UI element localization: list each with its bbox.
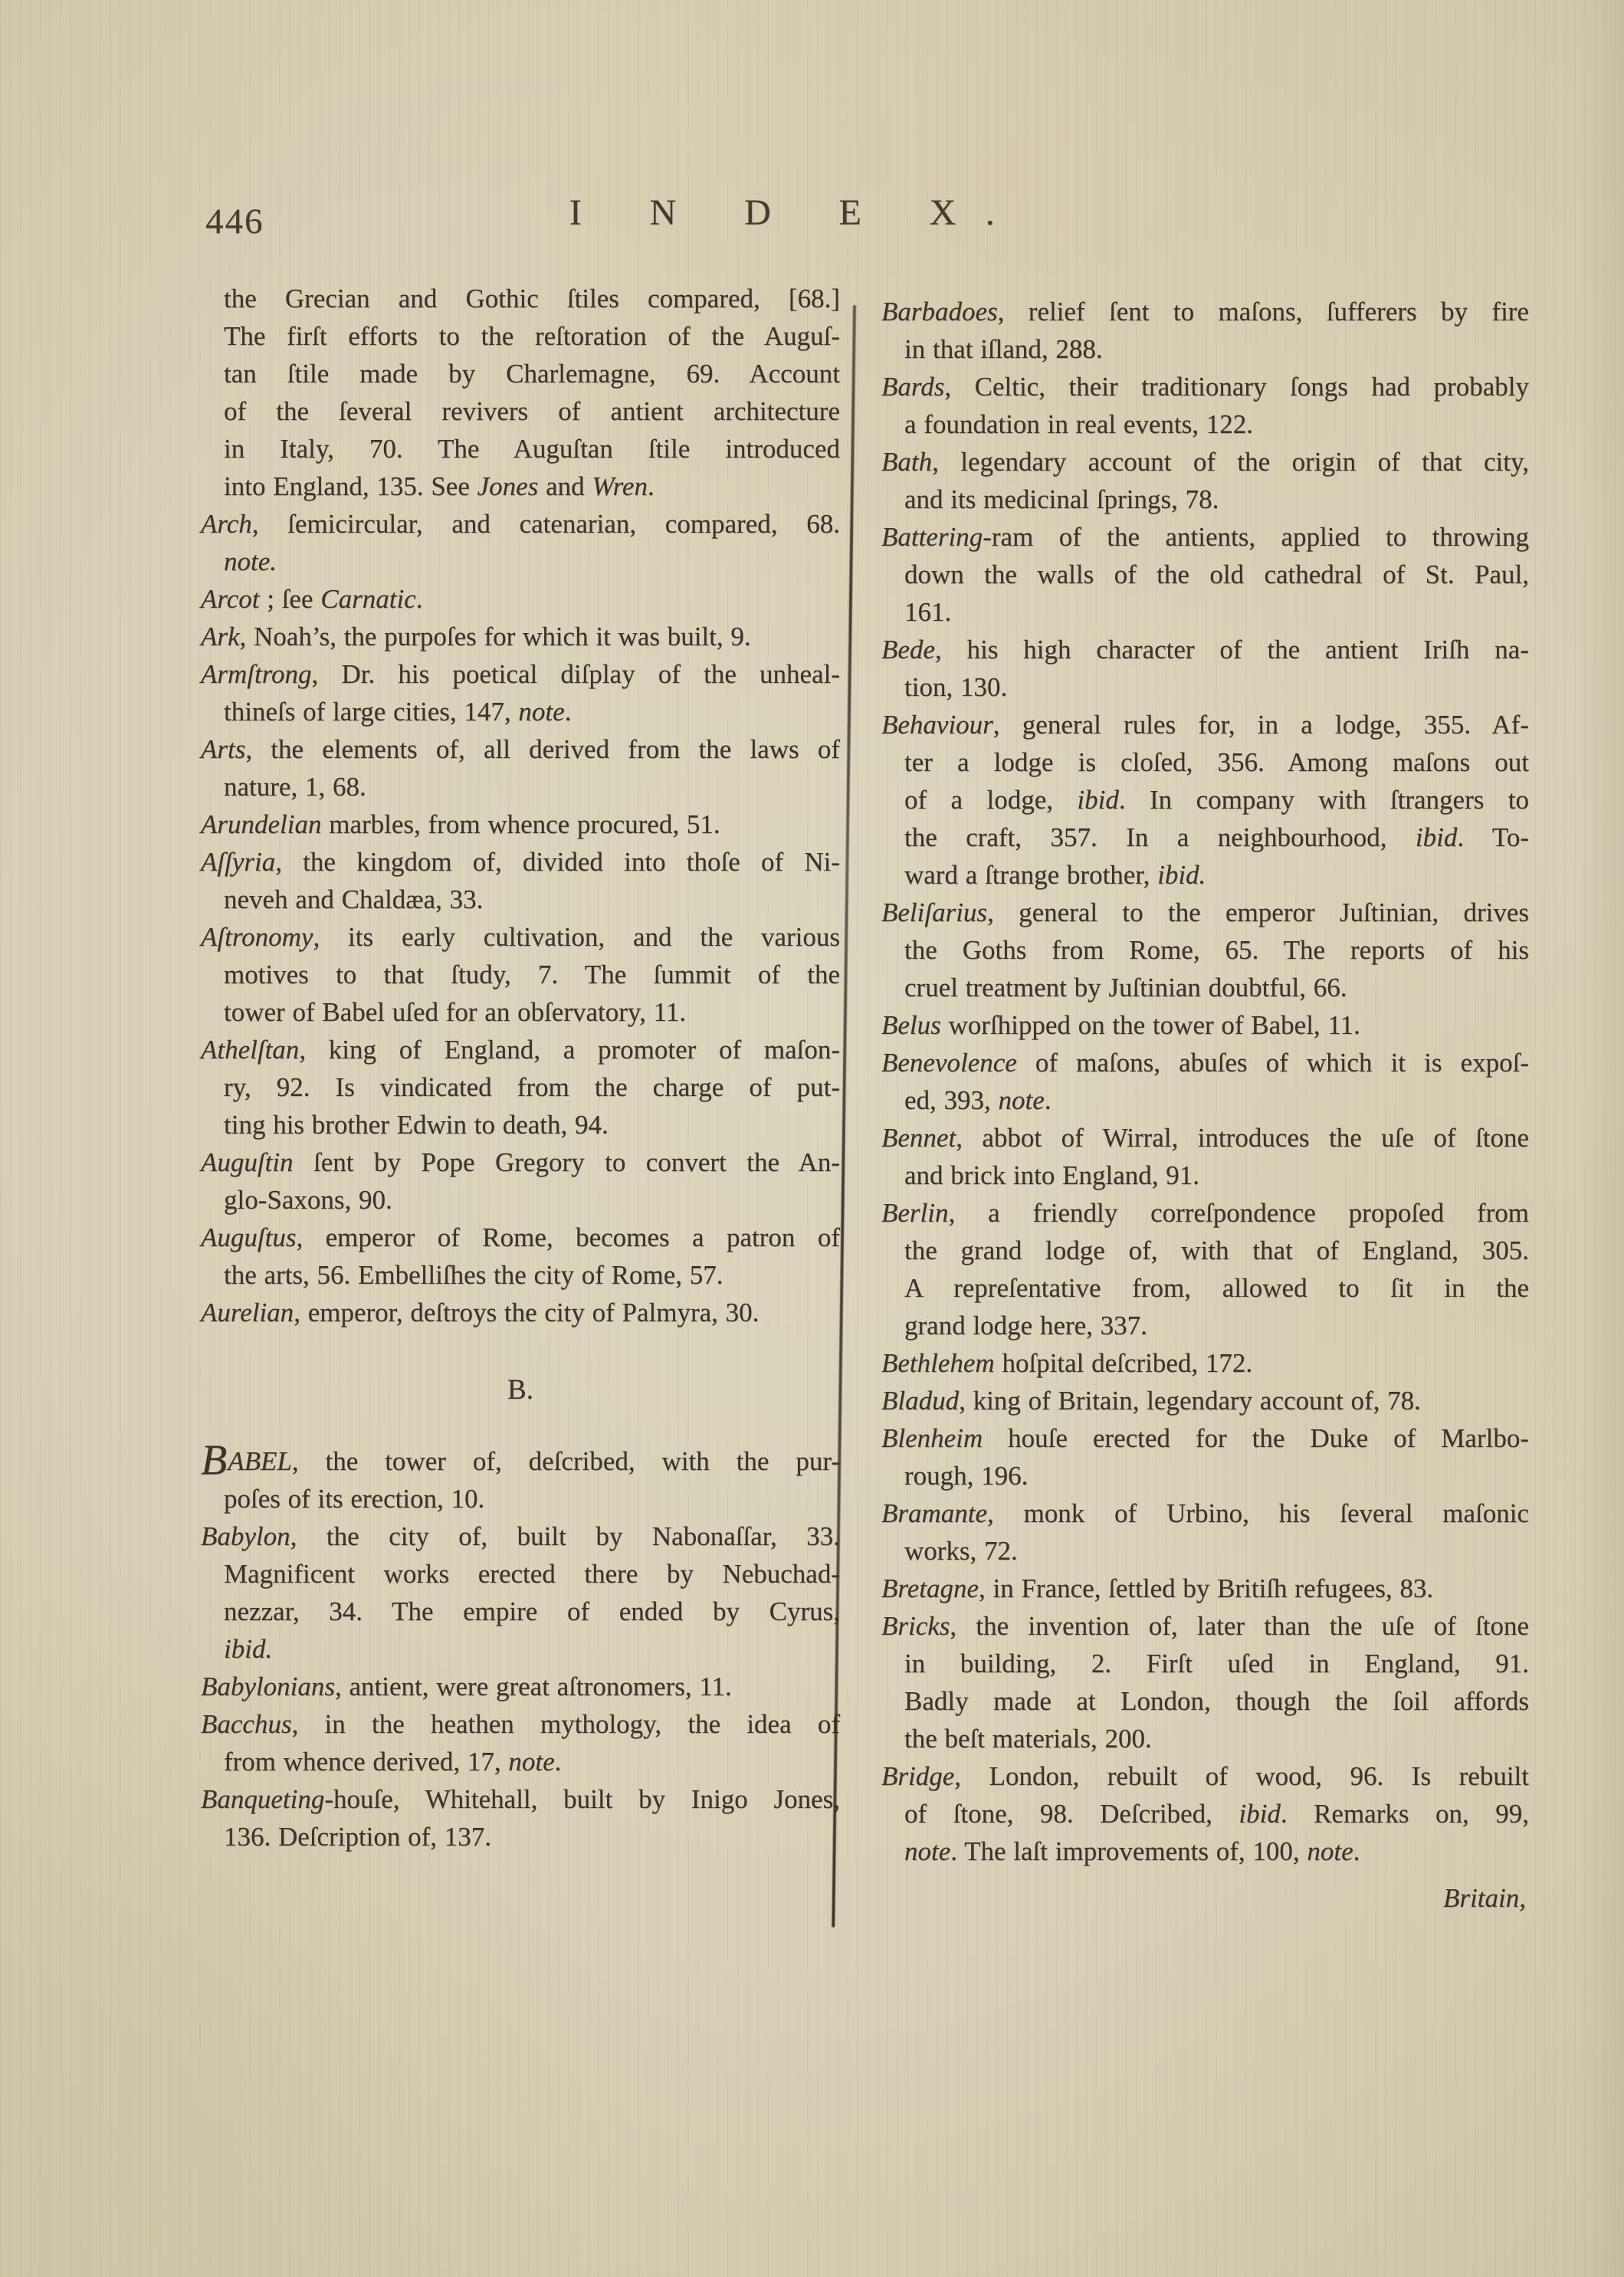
italic-text: ibid. xyxy=(1157,860,1206,890)
roman-text: , ſemicircular, and catenarian, compared… xyxy=(252,509,840,539)
italic-text: Bath xyxy=(881,447,932,477)
index-entry: Ark, Noah’s, the purpoſes for which it w… xyxy=(201,618,840,655)
entry-line: ting his brother Edwin to death, 94. xyxy=(201,1106,840,1143)
roman-text: , relief ſent to maſons, ſufferers by fi… xyxy=(998,297,1529,326)
italic-text: note xyxy=(518,697,564,727)
italic-text: Armſtrong xyxy=(201,659,312,689)
roman-text: , the city of, built by Nabonaſſar, 33. xyxy=(290,1521,840,1551)
italic-text: Belus xyxy=(881,1010,941,1040)
roman-text: . The laſt improvements of, 100, xyxy=(950,1836,1307,1866)
entry-line: Bridge, London, rebuilt of wood, 96. Is … xyxy=(881,1757,1529,1795)
italic-text: Barbadoes xyxy=(881,297,998,326)
italic-text: Blenheim xyxy=(881,1423,983,1453)
italic-text: Bricks xyxy=(881,1611,950,1641)
entry-line: rough, 196. xyxy=(881,1457,1529,1494)
index-entry: Belus worſhipped on the tower of Babel, … xyxy=(881,1006,1529,1044)
entry-line: Belus worſhipped on the tower of Babel, … xyxy=(881,1006,1529,1044)
italic-text: note. xyxy=(224,546,277,576)
entry-line: ward a ſtrange brother, ibid. xyxy=(881,856,1529,894)
roman-text: a foundation in real events, 122. xyxy=(904,409,1253,439)
entry-line: nature, 1, 68. xyxy=(201,768,840,805)
entry-line: Behaviour, general rules for, in a lodge… xyxy=(881,706,1529,743)
entry-line: Banqueting-houſe, Whitehall, built by In… xyxy=(201,1780,840,1818)
entry-line: the Grecian and Gothic ſtiles compared, … xyxy=(201,280,840,317)
index-entry: Berlin, a friendly correſpondence propoſ… xyxy=(881,1194,1529,1344)
roman-text: tan ſtile made by Charlemagne, 69. Accou… xyxy=(224,359,840,389)
roman-text: grand lodge here, 337. xyxy=(904,1311,1147,1340)
roman-text: , king of Britain, legendary account of,… xyxy=(959,1386,1421,1416)
italic-text: note xyxy=(1307,1836,1353,1866)
roman-text: , monk of Urbino, his ſeveral maſonic xyxy=(987,1498,1529,1528)
roman-text: . xyxy=(1353,1836,1360,1866)
roman-text: , the elements of, all derived from the … xyxy=(245,734,840,764)
index-entry: Babylonians, antient, were great aſtrono… xyxy=(201,1668,840,1705)
roman-text: , Noah’s, the purpoſes for which it was … xyxy=(240,622,751,651)
italic-text: note xyxy=(999,1085,1045,1115)
roman-text: ter a lodge is cloſed, 356. Among maſons… xyxy=(904,747,1529,777)
roman-text: . To- xyxy=(1457,822,1529,852)
index-entry: Bretagne, in France, ſettled by Britiſh … xyxy=(881,1570,1529,1607)
entry-line: motives to that ſtudy, 7. The ſummit of … xyxy=(201,956,840,993)
index-entry: Banqueting-houſe, Whitehall, built by In… xyxy=(201,1780,840,1855)
entry-line: Arch, ſemicircular, and catenarian, comp… xyxy=(201,505,840,543)
entry-line: tan ſtile made by Charlemagne, 69. Accou… xyxy=(201,355,840,392)
roman-text: in building, 2. Firſt uſed in England, 9… xyxy=(904,1649,1529,1678)
roman-text: , the invention of, later than the uſe o… xyxy=(950,1611,1529,1641)
roman-text: and brick into England, 91. xyxy=(904,1160,1199,1190)
italic-text: Behaviour xyxy=(881,710,993,740)
roman-text: down the walls of the old cathedral of S… xyxy=(904,559,1529,589)
roman-text: , emperor of Rome, becomes a patron of xyxy=(296,1222,840,1252)
entry-line: Bacchus, in the heathen mythology, the i… xyxy=(201,1705,840,1743)
index-entry: Bricks, the invention of, later than the… xyxy=(881,1607,1529,1757)
roman-text: . xyxy=(565,697,572,727)
italic-text: Aurelian xyxy=(201,1298,294,1327)
italic-text: Arcot xyxy=(201,584,259,614)
italic-text: Bridge xyxy=(881,1761,954,1791)
roman-text: nezzar, 34. The empire of ended by Cyrus… xyxy=(224,1596,840,1626)
roman-text: of ſtone, 98. Deſcribed, xyxy=(904,1799,1239,1829)
entry-line: and brick into England, 91. xyxy=(881,1157,1529,1194)
index-entry: Bridge, London, rebuilt of wood, 96. Is … xyxy=(881,1757,1529,1870)
roman-text: motives to that ſtudy, 7. The ſummit of … xyxy=(224,960,840,989)
index-entry-continued: the Grecian and Gothic ſtiles compared, … xyxy=(201,280,840,505)
roman-text: 161. xyxy=(904,597,951,627)
entry-line: Babylonians, antient, were great aſtrono… xyxy=(201,1668,840,1705)
entry-line: Bards, Celtic, their traditionary ſongs … xyxy=(881,368,1529,405)
italic-text: Arch xyxy=(201,509,252,539)
roman-text: B. xyxy=(507,1374,533,1406)
index-entry: Benevolence of maſons, abuſes of which i… xyxy=(881,1044,1529,1119)
roman-text: , king of England, a promoter of maſon- xyxy=(299,1035,840,1065)
entry-line: Arundelian marbles, from whence procured… xyxy=(201,805,840,843)
entry-line: of ſtone, 98. Deſcribed, ibid. Remarks o… xyxy=(881,1795,1529,1832)
entry-line: Armſtrong, Dr. his poetical diſplay of t… xyxy=(201,655,840,693)
roman-text: , legendary account of the origin of tha… xyxy=(932,447,1529,477)
entry-line: ed, 393, note. xyxy=(881,1081,1529,1119)
italic-text: Aſtronomy xyxy=(201,922,313,952)
roman-text: and its medicinal ſprings, 78. xyxy=(904,484,1219,514)
entry-line: in that iſland, 288. xyxy=(881,330,1529,368)
roman-text: hoſpital deſcribed, 172. xyxy=(995,1348,1252,1378)
roman-text: ward a ſtrange brother, xyxy=(904,860,1157,890)
roman-text: ry, 92. Is vindicated from the charge of… xyxy=(224,1072,840,1102)
roman-text: , the tower of, deſcribed, with the pur- xyxy=(292,1446,840,1476)
entry-line: Aſſyria, the kingdom of, divided into th… xyxy=(201,843,840,881)
entry-line: 161. xyxy=(881,593,1529,631)
roman-text: ting his brother Edwin to death, 94. xyxy=(224,1110,609,1140)
index-entry: Beliſarius, general to the emperor Juſti… xyxy=(881,894,1529,1006)
entry-line: a foundation in real events, 122. xyxy=(881,405,1529,443)
italic-text: ABEL xyxy=(228,1446,292,1476)
entry-line: Badly made at London, though the ſoil af… xyxy=(881,1682,1529,1720)
italic-text: Jones xyxy=(477,471,539,501)
roman-text: in Italy, 70. The Auguſtan ſtile introdu… xyxy=(224,434,840,464)
roman-text: and xyxy=(538,471,592,501)
drop-capital: B xyxy=(201,1437,228,1485)
italic-text: Beliſarius xyxy=(881,897,987,927)
roman-text: nature, 1, 68. xyxy=(224,772,366,802)
italic-text: Battering xyxy=(881,522,983,552)
index-entry: Arch, ſemicircular, and catenarian, comp… xyxy=(201,505,840,580)
roman-text: . xyxy=(555,1747,562,1777)
index-entry: Behaviour, general rules for, in a lodge… xyxy=(881,706,1529,894)
italic-text: Bennet xyxy=(881,1123,956,1153)
index-entry: Bethlehem hoſpital deſcribed, 172. xyxy=(881,1344,1529,1382)
roman-text: ſent by Pope Gregory to convert the An- xyxy=(294,1147,840,1177)
entry-line: ry, 92. Is vindicated from the charge of… xyxy=(201,1068,840,1106)
entry-line: Blenheim houſe erected for the Duke of M… xyxy=(881,1419,1529,1457)
index-entry: Arcot ; ſee Carnatic. xyxy=(201,580,840,618)
entry-line: ibid. xyxy=(201,1630,840,1668)
entry-line: Bretagne, in France, ſettled by Britiſh … xyxy=(881,1570,1529,1607)
entry-line: in building, 2. Firſt uſed in England, 9… xyxy=(881,1645,1529,1682)
italic-text: Bramante xyxy=(881,1498,987,1528)
roman-text: marbles, from whence procured, 51. xyxy=(321,809,720,839)
roman-text: . xyxy=(416,584,423,614)
roman-text: , general rules for, in a lodge, 355. Af… xyxy=(993,710,1529,740)
entry-line: Bath, legendary account of the origin of… xyxy=(881,443,1529,481)
roman-text: the beſt materials, 200. xyxy=(904,1724,1152,1754)
roman-text: tion, 130. xyxy=(904,672,1007,702)
index-entry: Battering-ram of the antients, applied t… xyxy=(881,518,1529,631)
index-entry: BABEL, the tower of, deſcribed, with the… xyxy=(201,1442,840,1517)
roman-text: glo-Saxons, 90. xyxy=(224,1185,392,1215)
roman-text: the arts, 56. Embelliſhes the city of Ro… xyxy=(224,1260,723,1290)
roman-text: ed, 393, xyxy=(904,1085,999,1115)
roman-text: into England, 135. See xyxy=(224,471,477,501)
index-entry: Athelſtan, king of England, a promoter o… xyxy=(201,1031,840,1143)
entry-line: of a lodge, ibid. In company with ſtrang… xyxy=(881,781,1529,819)
italic-text: Babylonians xyxy=(201,1672,335,1701)
entry-line: tower of Babel uſed for an obſervatory, … xyxy=(201,993,840,1031)
entry-line: Battering-ram of the antients, applied t… xyxy=(881,518,1529,556)
roman-text: , London, rebuilt of wood, 96. Is rebuil… xyxy=(954,1761,1529,1791)
italic-text: ibid xyxy=(1416,822,1457,852)
entry-line: the craft, 357. In a neighbourhood, ibid… xyxy=(881,819,1529,856)
roman-text: of a lodge, xyxy=(904,785,1077,815)
index-entry: Barbadoes, relief ſent to maſons, ſuffer… xyxy=(881,293,1529,368)
entry-line: Britain, xyxy=(881,1879,1526,1917)
index-entry: Bath, legendary account of the origin of… xyxy=(881,443,1529,518)
running-head: 446 I N D E X. xyxy=(0,0,1624,261)
roman-text: from whence derived, 17, xyxy=(224,1747,508,1777)
italic-text: Wren xyxy=(592,471,648,501)
entry-line: grand lodge here, 337. xyxy=(881,1307,1529,1344)
entry-line: neveh and Chaldæa, 33. xyxy=(201,881,840,918)
italic-text: Bards xyxy=(881,372,944,402)
roman-text: , a friendly correſpondence propoſed fro… xyxy=(948,1198,1529,1228)
roman-text: in that iſland, 288. xyxy=(904,334,1103,364)
entry-line: nezzar, 34. The empire of ended by Cyrus… xyxy=(201,1593,840,1630)
entry-line: and its medicinal ſprings, 78. xyxy=(881,481,1529,518)
index-entry: Blenheim houſe erected for the Duke of M… xyxy=(881,1419,1529,1494)
entry-line: the Goths from Rome, 65. The reports of … xyxy=(881,931,1529,969)
italic-text: Bacchus xyxy=(201,1709,292,1739)
roman-text: , abbot of Wirral, introduces the uſe of… xyxy=(956,1123,1529,1153)
entry-line: tion, 130. xyxy=(881,668,1529,706)
roman-text: , the kingdom of, divided into thoſe of … xyxy=(275,847,840,877)
roman-text: ; ſee xyxy=(259,584,320,614)
roman-text: tower of Babel uſed for an obſervatory, … xyxy=(224,997,686,1027)
italic-text: Berlin xyxy=(881,1198,948,1228)
roman-text: neveh and Chaldæa, 33. xyxy=(224,884,483,914)
roman-text: 136. Deſcription of, 137. xyxy=(224,1822,491,1852)
entry-line: note. The laſt improvements of, 100, not… xyxy=(881,1832,1529,1870)
roman-text: poſes of its erection, 10. xyxy=(224,1484,484,1514)
roman-text: , antient, were great aſtronomers, 11. xyxy=(335,1672,732,1701)
index-entry: Bacchus, in the heathen mythology, the i… xyxy=(201,1705,840,1780)
entry-line: Arcot ; ſee Carnatic. xyxy=(201,580,840,618)
entry-line: in Italy, 70. The Auguſtan ſtile introdu… xyxy=(201,430,840,468)
italic-text: Bethlehem xyxy=(881,1348,995,1378)
italic-text: Athelſtan xyxy=(201,1035,299,1065)
index-entry: Bladud, king of Britain, legendary accou… xyxy=(881,1382,1529,1419)
roman-text: . xyxy=(648,471,655,501)
roman-text: houſe erected for the Duke of Marlbo- xyxy=(983,1423,1529,1453)
italic-text: Aſſyria xyxy=(201,847,275,877)
roman-text: , Celtic, their traditionary ſongs had p… xyxy=(944,372,1529,402)
entry-line: poſes of its erection, 10. xyxy=(201,1480,840,1517)
italic-text: Bladud xyxy=(881,1386,959,1416)
index-title: I N D E X. xyxy=(0,192,1624,234)
entry-line: Ark, Noah’s, the purpoſes for which it w… xyxy=(201,618,840,655)
roman-text: , general to the emperor Juſtinian, driv… xyxy=(987,897,1529,927)
entry-line: Bladud, king of Britain, legendary accou… xyxy=(881,1382,1529,1419)
roman-text: , in France, ſettled by Britiſh refugees… xyxy=(979,1573,1433,1603)
entry-line: down the walls of the old cathedral of S… xyxy=(881,556,1529,593)
index-entry: Babylon, the city of, built by Nabonaſſa… xyxy=(201,1517,840,1668)
index-entry: Bede, his high character of the antient … xyxy=(881,631,1529,706)
entry-line: from whence derived, 17, note. xyxy=(201,1743,840,1780)
italic-text: Bretagne xyxy=(881,1573,979,1603)
entry-line: Bede, his high character of the antient … xyxy=(881,631,1529,668)
italic-text: Babylon xyxy=(201,1521,290,1551)
roman-text: of maſons, abuſes of which it is expoſ- xyxy=(1017,1048,1529,1078)
roman-text: . Remarks on, 99, xyxy=(1281,1799,1529,1829)
entry-line: Magnificent works erected there by Nebuc… xyxy=(201,1555,840,1593)
entry-line: Bethlehem hoſpital deſcribed, 172. xyxy=(881,1344,1529,1382)
roman-text: -ram of the antients, applied to throwin… xyxy=(983,522,1529,552)
roman-text: , its early cultivation, and the various xyxy=(313,922,840,952)
italic-text: Carnatic xyxy=(320,584,415,614)
entry-line: the arts, 56. Embelliſhes the city of Ro… xyxy=(201,1256,840,1294)
italic-text: Britain, xyxy=(1443,1883,1526,1913)
entry-line: A repreſentative from, allowed to ſit in… xyxy=(881,1269,1529,1307)
italic-text: ibid xyxy=(1077,785,1118,815)
roman-text: works, 72. xyxy=(904,1536,1018,1566)
entry-line: The firſt efforts to the reſtoration of … xyxy=(201,317,840,355)
entry-line: Benevolence of maſons, abuſes of which i… xyxy=(881,1044,1529,1081)
italic-text: Bede xyxy=(881,635,935,664)
index-entry: Arundelian marbles, from whence procured… xyxy=(201,805,840,843)
entry-line: Aurelian, emperor, deſtroys the city of … xyxy=(201,1294,840,1331)
entry-line: Barbadoes, relief ſent to maſons, ſuffer… xyxy=(881,293,1529,330)
entry-line: the beſt materials, 200. xyxy=(881,1720,1529,1757)
entry-line: note. xyxy=(201,543,840,580)
section-heading: B. xyxy=(201,1371,840,1409)
entry-line: works, 72. xyxy=(881,1532,1529,1570)
roman-text: cruel treatment by Juſtinian doubtful, 6… xyxy=(904,973,1347,1002)
index-entry: Auguſtin ſent by Pope Gregory to convert… xyxy=(201,1143,840,1219)
entry-line: Babylon, the city of, built by Nabonaſſa… xyxy=(201,1517,840,1555)
entry-line: Bennet, abbot of Wirral, introduces the … xyxy=(881,1119,1529,1157)
entry-line: Aſtronomy, its early cultivation, and th… xyxy=(201,918,840,956)
index-entry: Arts, the elements of, all derived from … xyxy=(201,730,840,805)
index-entry: Bramante, monk of Urbino, his ſeveral ma… xyxy=(881,1494,1529,1570)
entry-line: Bramante, monk of Urbino, his ſeveral ma… xyxy=(881,1494,1529,1532)
roman-text: the craft, 357. In a neighbourhood, xyxy=(904,822,1416,852)
italic-text: Auguſtus xyxy=(201,1222,296,1252)
roman-text: , in the heathen mythology, the idea of xyxy=(292,1709,840,1739)
italic-text: Arts xyxy=(201,734,245,764)
entry-line: Auguſtin ſent by Pope Gregory to convert… xyxy=(201,1143,840,1181)
roman-text: thineſs of large cities, 147, xyxy=(224,697,518,727)
index-entry: Bards, Celtic, their traditionary ſongs … xyxy=(881,368,1529,443)
italic-text: Ark xyxy=(201,622,240,651)
entry-line: B. xyxy=(201,1371,840,1409)
roman-text: , emperor, deſtroys the city of Palmyra,… xyxy=(294,1298,759,1327)
index-column-left: the Grecian and Gothic ſtiles compared, … xyxy=(201,280,840,1855)
roman-text: A repreſentative from, allowed to ſit in… xyxy=(904,1273,1529,1303)
roman-text: the Grecian and Gothic ſtiles compared, … xyxy=(224,284,840,313)
roman-text: Badly made at London, though the ſoil af… xyxy=(904,1686,1529,1716)
index-entry: Bennet, abbot of Wirral, introduces the … xyxy=(881,1119,1529,1194)
roman-text: . xyxy=(1045,1085,1051,1115)
italic-text: ibid xyxy=(1239,1799,1280,1829)
entry-line: glo-Saxons, 90. xyxy=(201,1181,840,1219)
index-entry: Aſtronomy, its early cultivation, and th… xyxy=(201,918,840,1031)
catchword: Britain, xyxy=(881,1879,1529,1917)
entry-line: Bricks, the invention of, later than the… xyxy=(881,1607,1529,1645)
italic-text: Banqueting xyxy=(201,1784,324,1814)
italic-text: Arundelian xyxy=(201,809,321,839)
roman-text: rough, 196. xyxy=(904,1461,1028,1491)
roman-text: of the ſeveral revivers of antient archi… xyxy=(224,396,840,426)
roman-text: the Goths from Rome, 65. The reports of … xyxy=(904,935,1529,965)
roman-text: -houſe, Whitehall, built by Inigo Jones, xyxy=(324,1784,840,1814)
italic-text: ibid. xyxy=(224,1634,272,1664)
entry-line: the grand lodge of, with that of England… xyxy=(881,1232,1529,1269)
italic-text: Auguſtin xyxy=(201,1147,294,1177)
entry-line: into England, 135. See Jones and Wren. xyxy=(201,468,840,505)
entry-line: Arts, the elements of, all derived from … xyxy=(201,730,840,768)
roman-text: The firſt efforts to the reſtoration of … xyxy=(224,321,840,351)
roman-text: worſhipped on the tower of Babel, 11. xyxy=(941,1010,1360,1040)
entry-line: thineſs of large cities, 147, note. xyxy=(201,693,840,730)
entry-line: of the ſeveral revivers of antient archi… xyxy=(201,392,840,430)
italic-text: note xyxy=(904,1836,950,1866)
roman-text: Magnificent works erected there by Nebuc… xyxy=(224,1559,840,1589)
entry-line: Athelſtan, king of England, a promoter o… xyxy=(201,1031,840,1068)
roman-text: , Dr. his poetical diſplay of the unheal… xyxy=(312,659,840,689)
italic-text: note xyxy=(508,1747,554,1777)
roman-text: the grand lodge of, with that of England… xyxy=(904,1235,1529,1265)
entry-line: BABEL, the tower of, deſcribed, with the… xyxy=(201,1442,840,1480)
entry-line: 136. Deſcription of, 137. xyxy=(201,1818,840,1855)
index-entry: Aurelian, emperor, deſtroys the city of … xyxy=(201,1294,840,1331)
index-entry: Auguſtus, emperor of Rome, becomes a pat… xyxy=(201,1219,840,1294)
index-entry: Armſtrong, Dr. his poetical diſplay of t… xyxy=(201,655,840,730)
entry-line: Beliſarius, general to the emperor Juſti… xyxy=(881,894,1529,931)
entry-line: ter a lodge is cloſed, 356. Among maſons… xyxy=(881,743,1529,781)
entry-line: Berlin, a friendly correſpondence propoſ… xyxy=(881,1194,1529,1232)
roman-text: , his high character of the antient Iriſ… xyxy=(935,635,1529,664)
index-entry: Aſſyria, the kingdom of, divided into th… xyxy=(201,843,840,918)
book-page-scan: 446 I N D E X. the Grecian and Gothic ſt… xyxy=(0,0,1624,2277)
entry-line: Auguſtus, emperor of Rome, becomes a pat… xyxy=(201,1219,840,1256)
entry-line: cruel treatment by Juſtinian doubtful, 6… xyxy=(881,969,1529,1006)
roman-text: . In company with ſtrangers to xyxy=(1119,785,1529,815)
italic-text: Benevolence xyxy=(881,1048,1017,1078)
index-column-right: Barbadoes, relief ſent to maſons, ſuffer… xyxy=(881,293,1529,1917)
